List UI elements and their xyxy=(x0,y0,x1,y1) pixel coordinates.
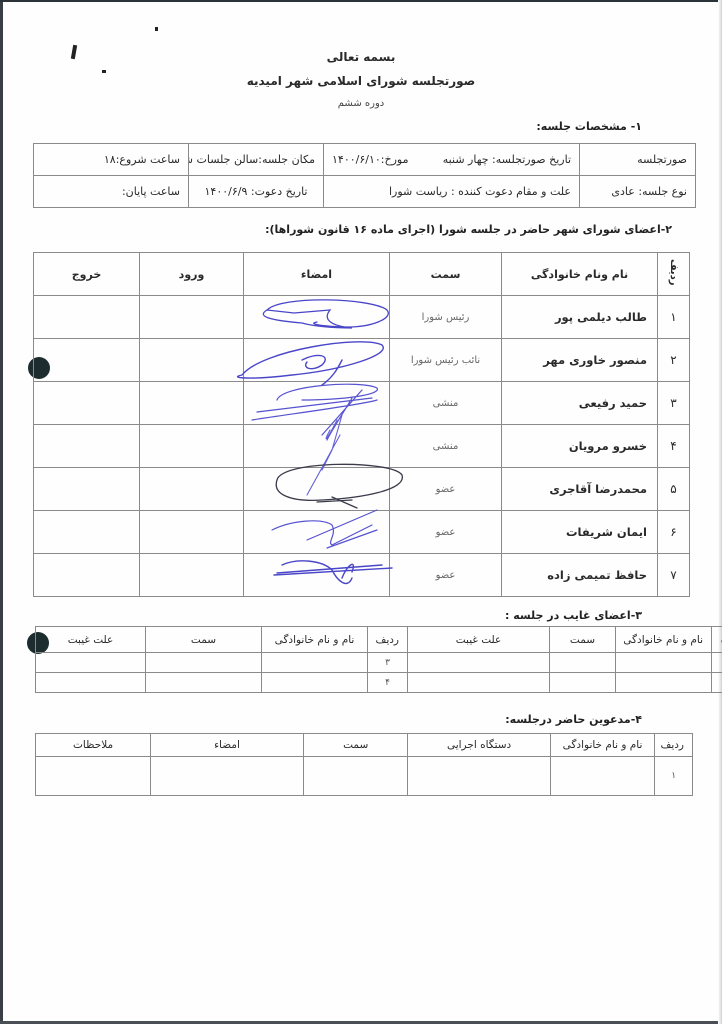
invite-date: تاریخ دعوت: ۱۴۰۰/۶/۹ xyxy=(189,176,324,208)
member-signature xyxy=(244,382,390,425)
member-entry xyxy=(140,554,244,597)
member-name: ایمان شریفات xyxy=(502,511,658,554)
minutes-dated: مورخ:۱۴۰۰/۶/۱۰ xyxy=(332,153,408,166)
member-entry xyxy=(140,425,244,468)
table-header-row: ردیف نام ونام خانوادگی سمت امضاء ورود خر… xyxy=(34,253,690,296)
absent-name xyxy=(262,673,368,693)
absent-reason xyxy=(408,653,550,673)
table-row: ۷ حافظ تمیمی زاده عضو xyxy=(34,554,690,597)
absent-name xyxy=(262,653,368,673)
member-signature xyxy=(244,296,390,339)
table-row: ۱ ۳ xyxy=(36,653,722,673)
meeting-details-row: نوع جلسه: عادی علت و مقام دعوت کننده : ر… xyxy=(34,176,696,208)
member-entry xyxy=(140,382,244,425)
member-exit xyxy=(34,511,140,554)
table-row: ۲ ۴ xyxy=(36,673,722,693)
header-absence-reason: علت غیبت xyxy=(36,627,146,653)
member-no: ۷ xyxy=(658,554,690,597)
row-no: ۱ xyxy=(712,653,722,673)
meeting-details-row: صورتجلسه تاریخ صورتجلسه: چهار شنبه مورخ:… xyxy=(34,144,696,176)
member-name: طالب دیلمی پور xyxy=(502,296,658,339)
member-entry xyxy=(140,339,244,382)
absent-name xyxy=(616,673,712,693)
minutes-label: صورتجلسه xyxy=(580,144,696,176)
absent-position xyxy=(550,653,616,673)
member-name: خسرو مرویان xyxy=(502,425,658,468)
table-header-row: ردیف نام و نام خانوادگی سمت علت غیبت ردی… xyxy=(36,627,722,653)
header-agency: دستگاه اجرایی xyxy=(408,734,550,757)
member-signature xyxy=(244,339,390,382)
member-exit xyxy=(34,554,140,597)
header-position: سمت xyxy=(146,627,262,653)
member-no: ۶ xyxy=(658,511,690,554)
absent-reason xyxy=(36,673,146,693)
member-signature xyxy=(244,511,390,554)
member-no: ۱ xyxy=(658,296,690,339)
member-exit xyxy=(34,382,140,425)
row-no: ۳ xyxy=(368,653,408,673)
table-row: ۱ طالب دیلمی پور رئیس شورا xyxy=(34,296,690,339)
member-no: ۲ xyxy=(658,339,690,382)
header-name: نام و نام خانوادگی xyxy=(262,627,368,653)
scan-edge-top xyxy=(0,0,722,2)
minutes-date: تاریخ صورتجلسه: چهار شنبه xyxy=(443,153,571,166)
member-no: ۴ xyxy=(658,425,690,468)
member-position: نائب رئیس شورا xyxy=(390,339,502,382)
invitee-name xyxy=(550,757,655,796)
member-signature xyxy=(244,425,390,468)
section3-title: ۳-اعضای غایب در جلسه : xyxy=(505,609,642,622)
invitees-table: ردیف نام و نام خانوادگی دستگاه اجرایی سم… xyxy=(35,733,693,796)
header-position: سمت xyxy=(303,734,408,757)
header-notes: ملاحظات xyxy=(36,734,151,757)
header-row-no-label: ردیف xyxy=(668,259,679,286)
header-signature: امضاء xyxy=(244,253,390,296)
absent-members-table: ردیف نام و نام خانوادگی سمت علت غیبت ردی… xyxy=(35,626,722,693)
absent-reason xyxy=(36,653,146,673)
member-exit xyxy=(34,425,140,468)
invitee-signature xyxy=(151,757,304,796)
member-entry xyxy=(140,511,244,554)
header-row-no: ردیف xyxy=(368,627,408,653)
absent-name xyxy=(616,653,712,673)
header-exit: خروج xyxy=(34,253,140,296)
header-row-no: ردیف xyxy=(712,627,722,653)
table-row: ۱ xyxy=(36,757,693,796)
header-signature: امضاء xyxy=(151,734,304,757)
member-exit xyxy=(34,468,140,511)
meeting-details-table: صورتجلسه تاریخ صورتجلسه: چهار شنبه مورخ:… xyxy=(33,143,696,208)
member-name: محمدرضا آقاجری xyxy=(502,468,658,511)
table-header-row: ردیف نام و نام خانوادگی دستگاه اجرایی سم… xyxy=(36,734,693,757)
meeting-place: مکان جلسه:سالن جلسات شورا xyxy=(189,144,324,176)
table-row: ۵ محمدرضا آقاجری عضو xyxy=(34,468,690,511)
scanned-document-page: بسمه تعالی صورتجلسه شورای اسلامی شهر امی… xyxy=(0,0,722,1024)
absent-reason xyxy=(408,673,550,693)
header-name: نام و نام خانوادگی xyxy=(616,627,712,653)
header-entry: ورود xyxy=(140,253,244,296)
row-no: ۴ xyxy=(368,673,408,693)
doc-title: صورتجلسه شورای اسلامی شهر امیدیه xyxy=(0,74,722,88)
present-members-table: ردیف نام ونام خانوادگی سمت امضاء ورود خر… xyxy=(33,252,690,597)
member-name: حافظ تمیمی زاده xyxy=(502,554,658,597)
member-no: ۵ xyxy=(658,468,690,511)
member-entry xyxy=(140,296,244,339)
row-no: ۲ xyxy=(712,673,722,693)
member-position: عضو xyxy=(390,468,502,511)
scan-speck xyxy=(155,27,158,31)
header-name: نام ونام خانوادگی xyxy=(502,253,658,296)
doc-term: دوره ششم xyxy=(0,98,722,109)
scan-edge-left xyxy=(0,0,3,1024)
member-no: ۳ xyxy=(658,382,690,425)
member-position: منشی xyxy=(390,425,502,468)
header-absence-reason: علت غیبت xyxy=(408,627,550,653)
member-exit xyxy=(34,339,140,382)
member-name: حمید رفیعی xyxy=(502,382,658,425)
header-row-no: ردیف xyxy=(658,253,690,296)
member-position: عضو xyxy=(390,554,502,597)
member-entry xyxy=(140,468,244,511)
end-time: ساعت پایان: xyxy=(34,176,189,208)
meeting-type: نوع جلسه: عادی xyxy=(580,176,696,208)
start-time: ساعت شروع:۱۸ xyxy=(34,144,189,176)
header-name: نام و نام خانوادگی xyxy=(550,734,655,757)
header-row-no: ردیف xyxy=(655,734,693,757)
row-no: ۱ xyxy=(655,757,693,796)
member-position: رئیس شورا xyxy=(390,296,502,339)
absent-position xyxy=(146,653,262,673)
table-row: ۳ حمید رفیعی منشی xyxy=(34,382,690,425)
member-name: منصور خاوری مهر xyxy=(502,339,658,382)
invitee-agency xyxy=(408,757,550,796)
doc-header-basmala: بسمه تعالی xyxy=(0,50,722,64)
convener: علت و مقام دعوت کننده : ریاست شورا xyxy=(324,176,580,208)
member-signature xyxy=(244,554,390,597)
table-row: ۲ منصور خاوری مهر نائب رئیس شورا xyxy=(34,339,690,382)
absent-position xyxy=(146,673,262,693)
section1-title: ۱- مشخصات جلسه: xyxy=(536,120,642,133)
table-row: ۶ ایمان شریفات عضو xyxy=(34,511,690,554)
section2-title: ۲-اعضای شورای شهر حاضر در جلسه شورا (اجر… xyxy=(265,223,672,236)
scan-edge-right xyxy=(718,0,722,1024)
minutes-date-cell: تاریخ صورتجلسه: چهار شنبه مورخ:۱۴۰۰/۶/۱۰ xyxy=(324,144,580,176)
header-position: سمت xyxy=(390,253,502,296)
table-row: ۴ خسرو مرویان منشی xyxy=(34,425,690,468)
member-position: عضو xyxy=(390,511,502,554)
invitee-position xyxy=(303,757,408,796)
scan-speck xyxy=(102,70,106,73)
member-exit xyxy=(34,296,140,339)
member-signature xyxy=(244,468,390,511)
invitee-notes xyxy=(36,757,151,796)
header-position: سمت xyxy=(550,627,616,653)
member-position: منشی xyxy=(390,382,502,425)
section4-title: ۴-مدعوین حاضر درجلسه: xyxy=(505,713,642,726)
absent-position xyxy=(550,673,616,693)
